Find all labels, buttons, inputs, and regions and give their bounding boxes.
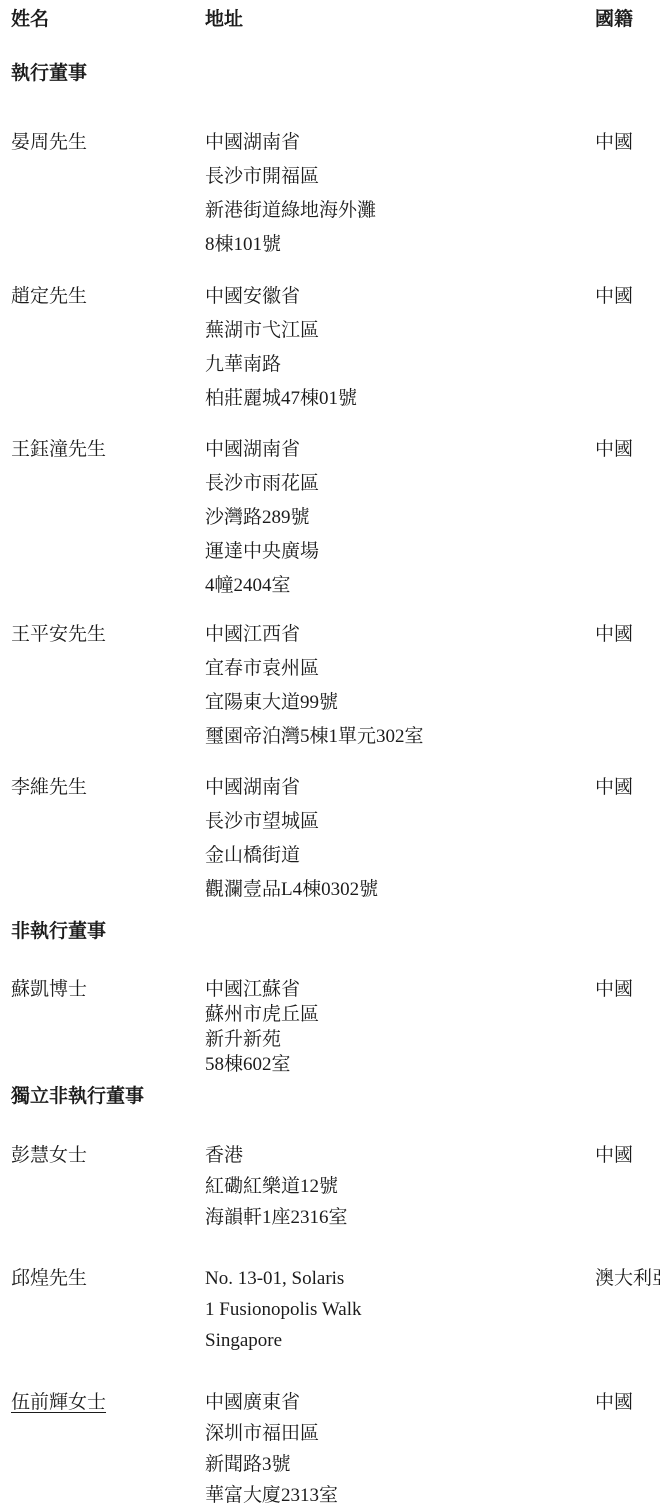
director-name: 伍前輝女士 — [11, 1387, 205, 1508]
address-line: 金山橋街道 — [205, 839, 595, 873]
director-address: 中國江蘇省蘇州市虎丘區新升新苑58棟602室 — [205, 977, 595, 1077]
address-line: 九華南路 — [205, 348, 595, 382]
director-entry: 趙定先生中國安徽省蕪湖市弋江區九華南路柏莊麗城47棟01號中國 — [11, 280, 660, 416]
address-line: 中國江蘇省 — [205, 977, 595, 1002]
director-name: 邱煌先生 — [11, 1263, 205, 1356]
address-line: 新港街道綠地海外灘 — [205, 194, 595, 228]
address-line: 中國廣東省 — [205, 1387, 595, 1418]
director-name: 彭慧女士 — [11, 1140, 205, 1233]
section-title: 非執行董事 — [11, 921, 660, 942]
address-line: 璽園帝泊灣5棟1單元302室 — [205, 720, 595, 754]
director-nationality: 中國 — [595, 280, 660, 416]
director-address: 中國湖南省長沙市開福區新港街道綠地海外灘8棟101號 — [205, 126, 595, 262]
section-title: 執行董事 — [11, 63, 660, 84]
directors-table-body: 執行董事晏周先生中國湖南省長沙市開福區新港街道綠地海外灘8棟101號中國趙定先生… — [11, 63, 660, 1508]
address-line: 運達中央廣場 — [205, 535, 595, 569]
director-nationality: 中國 — [595, 433, 660, 603]
directors-list-page: 姓名 地址 國籍 執行董事晏周先生中國湖南省長沙市開福區新港街道綠地海外灘8棟1… — [0, 0, 660, 1508]
director-name: 蘇凱博士 — [11, 977, 205, 1077]
director-entry: 晏周先生中國湖南省長沙市開福區新港街道綠地海外灘8棟101號中國 — [11, 126, 660, 262]
director-nationality: 中國 — [595, 977, 660, 1077]
address-line: 長沙市望城區 — [205, 805, 595, 839]
address-line: 中國安徽省 — [205, 280, 595, 314]
director-entry: 邱煌先生No. 13-01, Solaris1 Fusionopolis Wal… — [11, 1263, 660, 1356]
address-line: 新升新苑 — [205, 1027, 595, 1052]
director-name: 趙定先生 — [11, 280, 205, 416]
director-address: 中國湖南省長沙市望城區金山橋街道觀瀾壹品L4棟0302號 — [205, 771, 595, 907]
director-address: 香港紅磡紅樂道12號海韻軒1座2316室 — [205, 1140, 595, 1233]
address-line: 8棟101號 — [205, 228, 595, 262]
director-address: 中國廣東省深圳市福田區新聞路3號華富大廈2313室 — [205, 1387, 595, 1508]
director-entry: 伍前輝女士中國廣東省深圳市福田區新聞路3號華富大廈2313室中國 — [11, 1387, 660, 1508]
address-line: 紅磡紅樂道12號 — [205, 1171, 595, 1202]
address-line: 長沙市開福區 — [205, 160, 595, 194]
address-line: 觀瀾壹品L4棟0302號 — [205, 873, 595, 907]
director-entry: 蘇凱博士中國江蘇省蘇州市虎丘區新升新苑58棟602室中國 — [11, 977, 660, 1077]
director-address: 中國江西省宜春市袁州區宜陽東大道99號璽園帝泊灣5棟1單元302室 — [205, 618, 595, 754]
address-line: 新聞路3號 — [205, 1449, 595, 1480]
address-line: Singapore — [205, 1325, 595, 1356]
table-header-row: 姓名 地址 國籍 — [11, 9, 660, 30]
section-title: 獨立非執行董事 — [11, 1086, 660, 1107]
director-nationality: 中國 — [595, 126, 660, 262]
column-header-address: 地址 — [205, 9, 595, 30]
address-line: 中國江西省 — [205, 618, 595, 652]
address-line: No. 13-01, Solaris — [205, 1263, 595, 1294]
address-line: 深圳市福田區 — [205, 1418, 595, 1449]
address-line: 沙灣路289號 — [205, 501, 595, 535]
address-line: 長沙市雨花區 — [205, 467, 595, 501]
address-line: 宜陽東大道99號 — [205, 686, 595, 720]
director-nationality: 中國 — [595, 1387, 660, 1508]
address-line: 中國湖南省 — [205, 126, 595, 160]
address-line: 1 Fusionopolis Walk — [205, 1294, 595, 1325]
director-name: 李維先生 — [11, 771, 205, 907]
director-name: 晏周先生 — [11, 126, 205, 262]
director-entry: 王平安先生中國江西省宜春市袁州區宜陽東大道99號璽園帝泊灣5棟1單元302室中國 — [11, 618, 660, 754]
director-name: 王平安先生 — [11, 618, 205, 754]
address-line: 宜春市袁州區 — [205, 652, 595, 686]
director-address: 中國安徽省蕪湖市弋江區九華南路柏莊麗城47棟01號 — [205, 280, 595, 416]
address-line: 海韻軒1座2316室 — [205, 1202, 595, 1233]
address-line: 蘇州市虎丘區 — [205, 1002, 595, 1027]
director-nationality: 中國 — [595, 771, 660, 907]
address-line: 58棟602室 — [205, 1052, 595, 1077]
address-line: 中國湖南省 — [205, 771, 595, 805]
address-line: 華富大廈2313室 — [205, 1480, 595, 1508]
column-header-name: 姓名 — [11, 9, 205, 30]
director-name: 王鈺潼先生 — [11, 433, 205, 603]
director-nationality: 中國 — [595, 1140, 660, 1233]
director-address: No. 13-01, Solaris1 Fusionopolis WalkSin… — [205, 1263, 595, 1356]
director-address: 中國湖南省長沙市雨花區沙灣路289號運達中央廣場4幢2404室 — [205, 433, 595, 603]
address-line: 中國湖南省 — [205, 433, 595, 467]
director-entry: 王鈺潼先生中國湖南省長沙市雨花區沙灣路289號運達中央廣場4幢2404室中國 — [11, 433, 660, 603]
director-entry: 彭慧女士香港紅磡紅樂道12號海韻軒1座2316室中國 — [11, 1140, 660, 1233]
director-nationality: 中國 — [595, 618, 660, 754]
address-line: 柏莊麗城47棟01號 — [205, 382, 595, 416]
address-line: 4幢2404室 — [205, 569, 595, 603]
director-nationality: 澳大利亞 — [595, 1263, 660, 1356]
address-line: 香港 — [205, 1140, 595, 1171]
director-entry: 李維先生中國湖南省長沙市望城區金山橋街道觀瀾壹品L4棟0302號中國 — [11, 771, 660, 907]
address-line: 蕪湖市弋江區 — [205, 314, 595, 348]
column-header-nationality: 國籍 — [595, 9, 660, 30]
